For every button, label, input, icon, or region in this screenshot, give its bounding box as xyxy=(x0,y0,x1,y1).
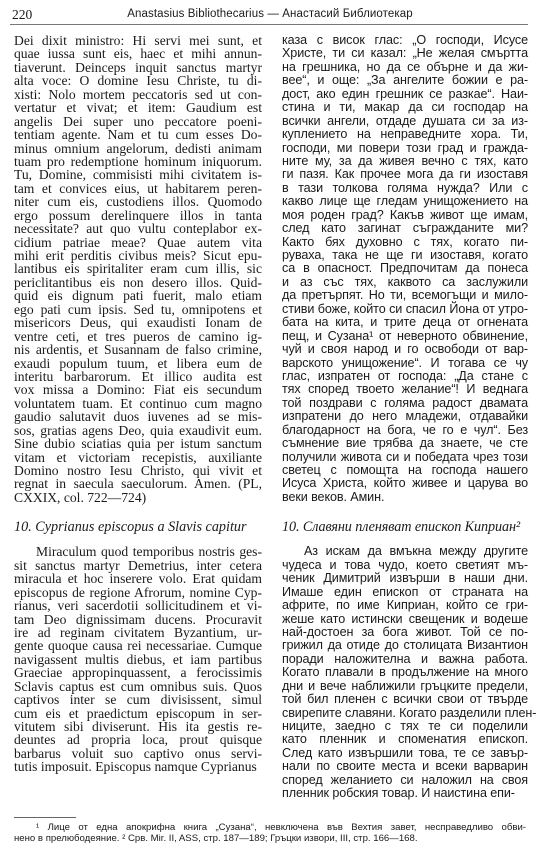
text-line: tam et convices eius, ut habitarem peren… xyxy=(14,182,262,195)
text-line: cidium patriae meae? Quae autem vita xyxy=(14,236,262,249)
text-line: грижил да отиде до столицата Византион xyxy=(282,639,528,652)
text-line: ните му, за да живея вечно с тях, като xyxy=(282,155,528,168)
text-line: sos, gratias agens Deo, quia exaudivit e… xyxy=(14,424,262,437)
footnote-rule xyxy=(14,817,76,818)
text-line: tiaverunt. Deinceps inquit sanctus marty… xyxy=(14,61,262,74)
text-line: ventre ceti, et tres pueros de camino ig… xyxy=(14,330,262,343)
text-line: той поздрави с голяма радост двамата xyxy=(282,397,528,410)
text-line: Христе, ти си казал: „Не желая смъртта xyxy=(282,47,528,60)
text-line: Както бях духовно с тях, когато пи- xyxy=(282,236,528,249)
text-line: Miraculum quod temporibus nostris ges- xyxy=(14,545,262,558)
text-line: rianus, veri sacerdotii sollicitudinem e… xyxy=(14,599,262,612)
text-line: ire ad reginam civitatem Byzantium, ur- xyxy=(14,626,262,639)
text-line: quae iussa sunt eis, haec et mihi annun- xyxy=(14,47,262,60)
text-line: interitu barbarorum. Et illico audita es… xyxy=(14,370,262,383)
text-line: вее“, и още: „За ангелите божии е ра- xyxy=(282,74,528,87)
bulgarian-column: каза с висок глас: „О господи, ИсусеХрис… xyxy=(282,34,528,801)
text-line: веки веков. Амин. xyxy=(282,491,528,504)
text-line: ниците, заедно с тях те си поделили xyxy=(282,720,528,733)
book-page: 220 Anastasius Bibliothecarius — Анастас… xyxy=(0,0,542,855)
text-line: поради наложителна и важна работа. xyxy=(282,653,528,666)
text-line: ченик Димитрий извърши в наши дни. xyxy=(282,572,528,585)
text-line: Исуса Христа, който живее и царува во xyxy=(282,477,528,490)
text-line: lantibus eis spiritaliter eram cum illis… xyxy=(14,262,262,275)
text-line: и аз със тях, каквото са заслужили xyxy=(282,276,528,289)
text-line: господи, ми повери този град и гражда- xyxy=(282,142,528,155)
text-line: нали по своите места и всеки варварин xyxy=(282,760,528,773)
text-line: ги пазя. Как прочее мога да ги изоставя xyxy=(282,168,528,181)
footnote-line: нено в прелюбодеяние. ² Срв. Mir. II, AS… xyxy=(14,833,526,844)
text-line: пещ, и Сузана¹ от неверното обвинение, xyxy=(282,330,528,343)
text-line: ego pati cum ipsis. Sed tu, omnipotens e… xyxy=(14,303,262,316)
bulgarian-paragraph-1: каза с висок глас: „О господи, ИсусеХрис… xyxy=(282,34,528,504)
text-line: captivos inter se cum divisissent, simul xyxy=(14,693,262,706)
bulgarian-paragraph-2: Аз искам да вмъкна между другитечудеса и… xyxy=(282,545,528,800)
text-line: miracula et hoc inserere volo. Erat quid… xyxy=(14,572,262,585)
text-line: жеше като истински свещеник и водеше xyxy=(282,613,528,626)
text-line: quid eis dignum pati fuerit, malo etiam xyxy=(14,289,262,302)
running-title: Anastasius Bibliothecarius — Анастасий Б… xyxy=(10,8,530,20)
text-line: Имаше един епископ от страната на xyxy=(282,586,528,599)
text-line: vitutem sibi diviserunt. His ita gestis … xyxy=(14,720,262,733)
text-line: Dei dixit ministro: Hi servi mei sunt, e… xyxy=(14,34,262,47)
text-line: руваха, така не ще ги изоставя, когато xyxy=(282,249,528,262)
text-line: на грешника, но да се обърне и да жи- xyxy=(282,61,528,74)
text-line: получили живота си и победата чрез този xyxy=(282,451,528,464)
text-line: exaudi populum tuum, et libera eum de xyxy=(14,357,262,370)
latin-paragraph-1: Dei dixit ministro: Hi servi mei sunt, e… xyxy=(14,34,262,504)
text-line: Аз искам да вмъкна между другите xyxy=(282,545,528,558)
text-line: Graeciae appropinquassent, a ferocissimi… xyxy=(14,666,262,679)
text-line: тях според твоето желание“! И веднага xyxy=(282,383,528,396)
text-line: изпратени до него младежи, отдавайки xyxy=(282,410,528,423)
text-line: Tu, Domine, commisisti mihi civitatem is… xyxy=(14,168,262,181)
text-line: чудеса и това чудо, което светият мъ- xyxy=(282,559,528,572)
text-line: са в опасност. Предпочитам да понеса xyxy=(282,262,528,275)
text-line: tentiam agente. Nam et tu cum esses Do- xyxy=(14,128,262,141)
text-line: sit sanctus martyr Demetrius, inter cete… xyxy=(14,559,262,572)
text-line: CXXIX, col. 722—724) xyxy=(14,491,262,504)
latin-column: Dei dixit ministro: Hi servi mei sunt, e… xyxy=(14,34,262,774)
text-line: в тази толкова голяма нужда? Или с xyxy=(282,182,528,195)
text-line: след като загинат съгражданите ми? xyxy=(282,222,528,235)
latin-paragraph-2: Miraculum quod temporibus nostris ges-si… xyxy=(14,545,262,773)
text-line: бата на кита, и трите деца от огнената xyxy=(282,316,528,329)
text-line: misericors Deus, qui exaudisti Ionam de xyxy=(14,316,262,329)
text-line: tuam pro redemptione hominum iniquorum. xyxy=(14,155,262,168)
text-line: vitam et victoriam recepistis, auxiliant… xyxy=(14,451,262,464)
text-line: Sine dubio sciatias quia per istum sanct… xyxy=(14,437,262,450)
text-line: tam Deo dignissimam ducens. Procuravit xyxy=(14,613,262,626)
text-line: Domino nostro Iesu Christo, qui vivit et xyxy=(14,464,262,477)
text-line: най-достоен за бога живот. Той се по- xyxy=(282,626,528,639)
text-line: какво лице ще гледам унищожението на xyxy=(282,195,528,208)
text-line: свирепите славяни. Когато разделили плен… xyxy=(282,707,528,720)
text-line: tutis imposuit. Episcopus namque Cyprian… xyxy=(14,760,262,773)
text-line: regnat in saecula saeculorum. Amen. (PL, xyxy=(14,477,262,490)
text-line: minus omnium angelorum, dedisti animam xyxy=(14,142,262,155)
text-line: nis ardentis, et Susannam de falso crimi… xyxy=(14,343,262,356)
header-rule xyxy=(10,24,528,25)
text-line: episcopus de regione Afrorum, nomine Cyp… xyxy=(14,586,262,599)
text-line: vertatur et vivat; et item: Gaudium est xyxy=(14,101,262,114)
text-line: куплението на неправедните хора. Ти, xyxy=(282,128,528,141)
text-line: mihi erit perditis civibus meis? Sicut e… xyxy=(14,249,262,262)
text-line: barbarus voluit suo captivo onus servi- xyxy=(14,747,262,760)
text-line: светец с помощта на господа нашего xyxy=(282,464,528,477)
text-line: той бил пленен с всички свои от твърде xyxy=(282,693,528,706)
text-line: niter cum eis, custodiens illos. Quomodo xyxy=(14,195,262,208)
text-line: да претърпят. Но ти, всемогъщи и мило- xyxy=(282,289,528,302)
text-line: благодарност на бога, че го е чул“. Без xyxy=(282,424,528,437)
text-line: navigassent multis diebus, et iam partib… xyxy=(14,653,262,666)
text-line: След като извършили това, те се завър- xyxy=(282,747,528,760)
text-line: alta voce: O domine Iesu Christe, tu di- xyxy=(14,74,262,87)
latin-section-title: 10. Cyprianus episcopus a Slavis capitur xyxy=(14,519,262,535)
page-header: 220 Anastasius Bibliothecarius — Анастас… xyxy=(10,6,530,24)
text-line: пленник робския товар. И наистина епи- xyxy=(282,787,528,800)
bulgarian-section-title: 10. Славяни пленяват епископ Киприан² xyxy=(282,519,528,535)
text-line: voluntatem tuam. Et continuo cum magno xyxy=(14,397,262,410)
text-line: cum eis et praedictum episcopum in ser- xyxy=(14,707,262,720)
text-line: periclitantibus eis non desero illos. Qu… xyxy=(14,276,262,289)
text-line: всички ангели, отдаде душата си за из- xyxy=(282,115,528,128)
text-line: necessitate? aut quo vultu conteplabor e… xyxy=(14,222,262,235)
text-line: стиви боже, който си спасил Йона от утро… xyxy=(282,303,528,316)
text-line: каза с висок глас: „О господи, Исусе xyxy=(282,34,528,47)
text-line: глас, изпратен от господа: „Да стане с xyxy=(282,370,528,383)
text-line: gaudio salutavit duos iuvenes ad se mis- xyxy=(14,410,262,423)
text-line: като пленник и споменатия епископ. xyxy=(282,733,528,746)
text-line: стина и ти, макар да си господар на xyxy=(282,101,528,114)
text-line: чуй и своя народ и го освободи от вар- xyxy=(282,343,528,356)
text-line: моя роден град? Какъв живот ще имам, xyxy=(282,209,528,222)
text-line: дост, ако един грешник се разкае“. Наи- xyxy=(282,88,528,101)
text-line: африте, по име Киприан, който се гри- xyxy=(282,599,528,612)
text-line: съмнение вие трябва да знаете, че сте xyxy=(282,437,528,450)
text-line: ergo possum derelinquere illos in tanta xyxy=(14,209,262,222)
text-line: според желанието си наложил на своя xyxy=(282,774,528,787)
footnotes: ¹ Лице от една апокрифна книга „Сузана“,… xyxy=(14,822,526,844)
text-line: Когато плавали в продължение на много xyxy=(282,666,528,679)
text-line: варското унищожение“. И тогава се чу xyxy=(282,357,528,370)
text-line: дни и вече наближили гръцките предели, xyxy=(282,680,528,693)
text-line: vox missa a Domino: Fiat eis secundum xyxy=(14,383,262,396)
text-line: Sclavis captus est cum omnibus suis. Quo… xyxy=(14,680,262,693)
text-line: deuntes ad propria loca, prout quisque xyxy=(14,733,262,746)
footnote-line: ¹ Лице от една апокрифна книга „Сузана“,… xyxy=(14,822,526,833)
text-line: xisti: Nolo mortem peccatoris sed ut con… xyxy=(14,88,262,101)
text-line: gente quoque causa rei necessariae. Cumq… xyxy=(14,639,262,652)
text-line: angelis Dei super uno peccatore poeni- xyxy=(14,115,262,128)
